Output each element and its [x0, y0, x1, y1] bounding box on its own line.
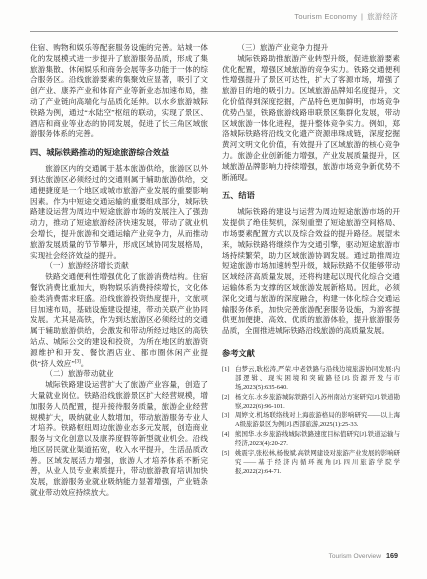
reference-text: 白梦云,耿松涛,严荣.中老铁路与沿线边境旅游协同发展:内部逻辑、现实困境和突破路…: [235, 366, 400, 393]
reference-item: [5] 姚震宇,张松林,杨俊斌.高铁网建设对旅游产业发展的影响研究——基于经济内…: [222, 450, 400, 477]
reference-number: [3]: [222, 412, 235, 430]
right-column: （三）旅游产业竞争力提升 城际铁路助推旅游产业转型升级，促进旅游要素优化配置，增…: [222, 43, 400, 499]
header-rule: [30, 31, 398, 32]
page-number: 169: [386, 551, 398, 560]
footer-label: Tourism Overview: [329, 553, 381, 560]
subsection-1-heading: （一）旅游经济增长贡献: [30, 261, 208, 272]
page-body: 住宿、购物和娱乐等配套服务设施的完善。站城一体化的发展模式进一步提升了旅游服务品…: [30, 43, 400, 499]
subsection-3-heading: （三）旅游产业竞争力提升: [222, 43, 400, 54]
reference-item: [3] 周婷文.机场联络线对上海旅游格局的影响研究——以上海A级旅游景区为例[J…: [222, 412, 400, 430]
reference-number: [4]: [222, 431, 235, 449]
reference-number: [5]: [222, 450, 235, 477]
running-head-journal-en: Tourism Economy: [294, 12, 357, 21]
reference-item: [2] 杨文东.水乡旅游城际铁路引入苏州南站方案研究[J].铁道勘察,2022(…: [222, 394, 400, 412]
section-4-intro-paragraph: 旅游区内的交通属于基本旅游供给，旅游区以外到达旅游区必须经过的交通则属于辅助旅游…: [30, 164, 208, 261]
reference-item: [1] 白梦云,耿松涛,严荣.中老铁路与沿线边境旅游协同发展:内部逻辑、现实困境…: [222, 366, 400, 393]
running-head-separator: |: [361, 12, 363, 21]
section-4-heading: 四、城际铁路推动的短途旅游综合效益: [30, 147, 208, 158]
subsection-1-paragraph: 铁路交通便利性增强优化了旅游消费结构。住宿餐饮消费比重加大，购物娱乐消费持续增长…: [30, 272, 208, 369]
references-heading: 参考文献: [222, 348, 400, 359]
paragraph-continuation: 住宿、购物和娱乐等配套服务设施的完善。站城一体化的发展模式进一步提升了旅游服务品…: [30, 43, 208, 140]
reference-item: [4] 熊国华.水乡旅游线城际铁路速度目标值研究[J].铁道运输与经济,2023…: [222, 431, 400, 449]
journal-page: Tourism Economy|旅游经济 住宿、购物和娱乐等配套服务设施的完善。…: [0, 0, 427, 579]
reference-text: 周婷文.机场联络线对上海旅游格局的影响研究——以上海A级旅游景区为例[J].西部…: [235, 412, 400, 430]
reference-number: [2]: [222, 394, 235, 412]
section-5-heading: 五、结语: [222, 190, 400, 201]
reference-number: [1]: [222, 366, 235, 393]
subsection-2-paragraph: 城际铁路建设运营扩大了旅游产业容量，创造了大量就业岗位。铁路沿线旅游景区扩大经营…: [30, 380, 208, 499]
reference-text: 熊国华.水乡旅游线城际铁路速度目标值研究[J].铁道运输与经济,2023(4):…: [235, 431, 400, 449]
subsection-1-tail: 。: [81, 359, 89, 368]
references-list: [1] 白梦云,耿松涛,严荣.中老铁路与沿线边境旅游协同发展:内部逻辑、现实困境…: [222, 366, 400, 477]
page-footer: Tourism Overview169: [329, 551, 398, 560]
reference-text: 杨文东.水乡旅游城际铁路引入苏州南站方案研究[J].铁道勘察,2022(6):9…: [235, 394, 400, 412]
left-column: 住宿、购物和娱乐等配套服务设施的完善。站城一体化的发展模式进一步提升了旅游服务品…: [30, 43, 208, 499]
running-head-journal-zh: 旅游经济: [367, 12, 398, 21]
section-5-paragraph: 城际铁路的建设与运营为周边短途旅游市场的开发提供了绝佳契机，深刻重塑了短途旅游空…: [222, 207, 400, 337]
subsection-1-text: 铁路交通便利性增强优化了旅游消费结构。住宿餐饮消费比重加大，购物娱乐消费持续增长…: [30, 272, 208, 367]
subsection-2-heading: （二）旅游带动就业: [30, 369, 208, 380]
subsection-3-paragraph: 城际铁路助推旅游产业转型升级，促进旅游要素优化配置，增强区域旅游的竞争实力。铁路…: [222, 54, 400, 184]
running-head: Tourism Economy|旅游经济: [30, 11, 398, 22]
reference-text: 姚震宇,张松林,杨俊斌.高铁网建设对旅游产业发展的影响研究——基于经济内循环视角…: [235, 450, 400, 477]
